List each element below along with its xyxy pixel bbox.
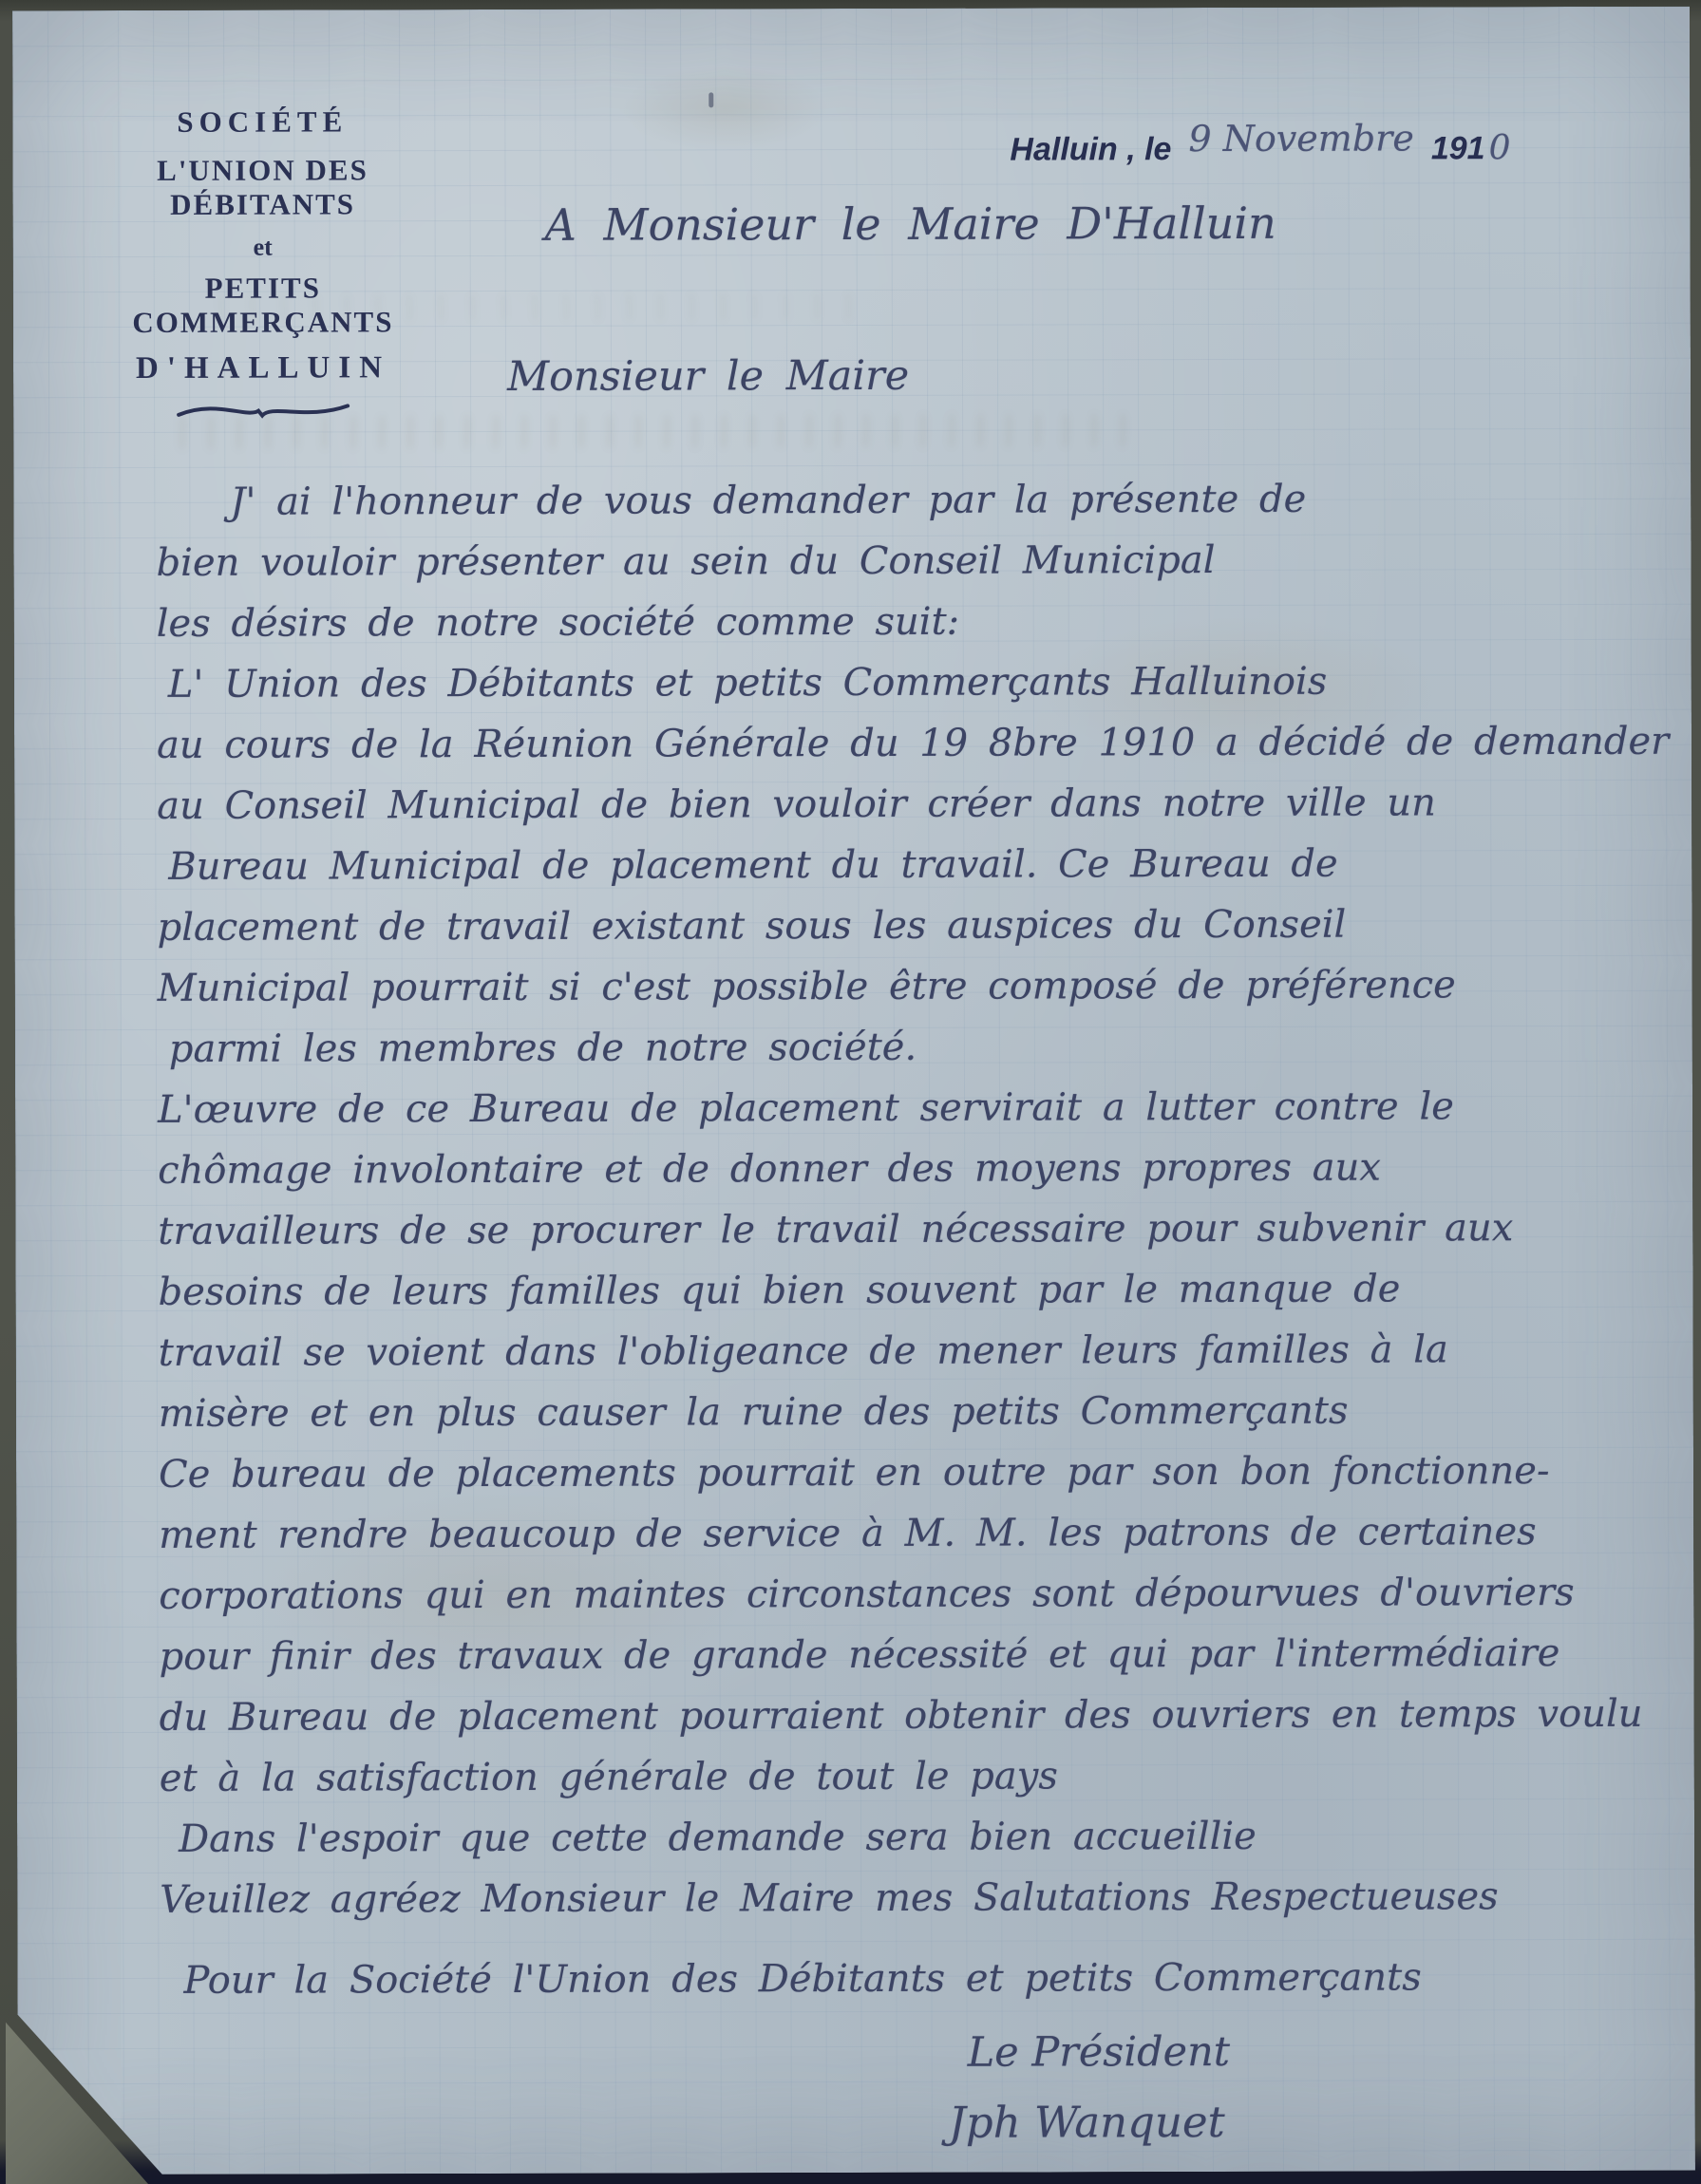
letter-line: Ce bureau de placements pourrait en outr… [159, 1440, 1671, 1505]
letterhead-halluin: D'HALLUIN [97, 350, 429, 386]
letter-line: pour finir des travaux de grande nécessi… [159, 1623, 1671, 1687]
letterhead: SOCIÉTÉ L'UNION DES DÉBITANTS et PETITS … [96, 104, 429, 427]
letter-line: et à la satisfaction générale de tout le… [160, 1744, 1672, 1809]
letter-line: misère et en plus causer la ruine des pe… [159, 1380, 1671, 1444]
letter-line: Veuillez agréez Monsieur le Maire mes Sa… [160, 1866, 1672, 1930]
letterhead-commercants: PETITS COMMERÇANTS [97, 271, 429, 340]
letter-line: L' Union des Débitants et petits Commerç… [157, 650, 1669, 715]
letter-paper: SOCIÉTÉ L'UNION DES DÉBITANTS et PETITS … [12, 7, 1695, 2175]
letter-line: besoins de leurs familles qui bien souve… [158, 1258, 1670, 1323]
letter-line: au Conseil Municipal de bien vouloir cré… [157, 772, 1669, 837]
letter-line: parmi les membres de notre société. [158, 1015, 1670, 1080]
letter-line: Dans l'espoir que cette demande sera bie… [160, 1805, 1672, 1870]
signature-for-line: Pour la Société l'Union des Débitants et… [183, 1955, 1421, 2002]
paper-stain [620, 66, 829, 152]
dateline: Halluin , le 9 Novembre 191 0 [1010, 125, 1510, 168]
signature-name: Jph Wanquet [949, 2097, 1225, 2148]
address-line: A Monsieur le Maire D'Halluin [545, 198, 1276, 251]
letter-line: J' ai l'honneur de vous demander par la … [156, 468, 1668, 533]
letter-body: J' ai l'honneur de vous demander par la … [156, 468, 1672, 1930]
ink-speck [709, 92, 713, 107]
letterhead-societe: SOCIÉTÉ [96, 104, 428, 140]
dateline-handwritten-date: 9 Novembre [1175, 117, 1427, 160]
letter-line: corporations qui en maintes circonstance… [159, 1562, 1671, 1627]
letter-line: bien vouloir présenter au sein du Consei… [156, 529, 1668, 593]
letter-line: travail se voient dans l'obligeance de m… [159, 1319, 1671, 1384]
letter-line: L'œuvre de ce Bureau de placement servir… [158, 1076, 1670, 1140]
photograph-of-letter: { "colors": { "paper": "#b6c2cb", "lette… [0, 0, 1701, 2184]
signature-title: Le Président [968, 2028, 1231, 2077]
letterhead-et: et [97, 233, 429, 262]
letter-line: travailleurs de se procurer le travail n… [158, 1197, 1670, 1262]
letter-line: du Bureau de placement pourraient obteni… [160, 1684, 1672, 1748]
letterhead-union: L'UNION DES DÉBITANTS [96, 153, 428, 222]
flourish-icon [97, 397, 429, 427]
salutation: Monsieur le Maire [507, 352, 909, 401]
letter-line: les désirs de notre société comme suit: [157, 590, 1669, 654]
letter-line: placement de travail existant sous les a… [157, 894, 1669, 958]
letter-line: ment rendre beaucoup de service à M. M. … [159, 1501, 1671, 1566]
letter-line: Municipal pourrait si c'est possible êtr… [158, 954, 1670, 1019]
letter-line: Bureau Municipal de placement du travail… [157, 833, 1669, 897]
dateline-year-digit: 0 [1488, 128, 1510, 167]
dateline-place: Halluin , le [1010, 131, 1171, 167]
dateline-year-printed: 191 [1431, 130, 1485, 166]
letter-line: chômage involontaire et de donner des mo… [158, 1137, 1670, 1201]
letter-line: au cours de la Réunion Générale du 19 8b… [157, 711, 1669, 776]
